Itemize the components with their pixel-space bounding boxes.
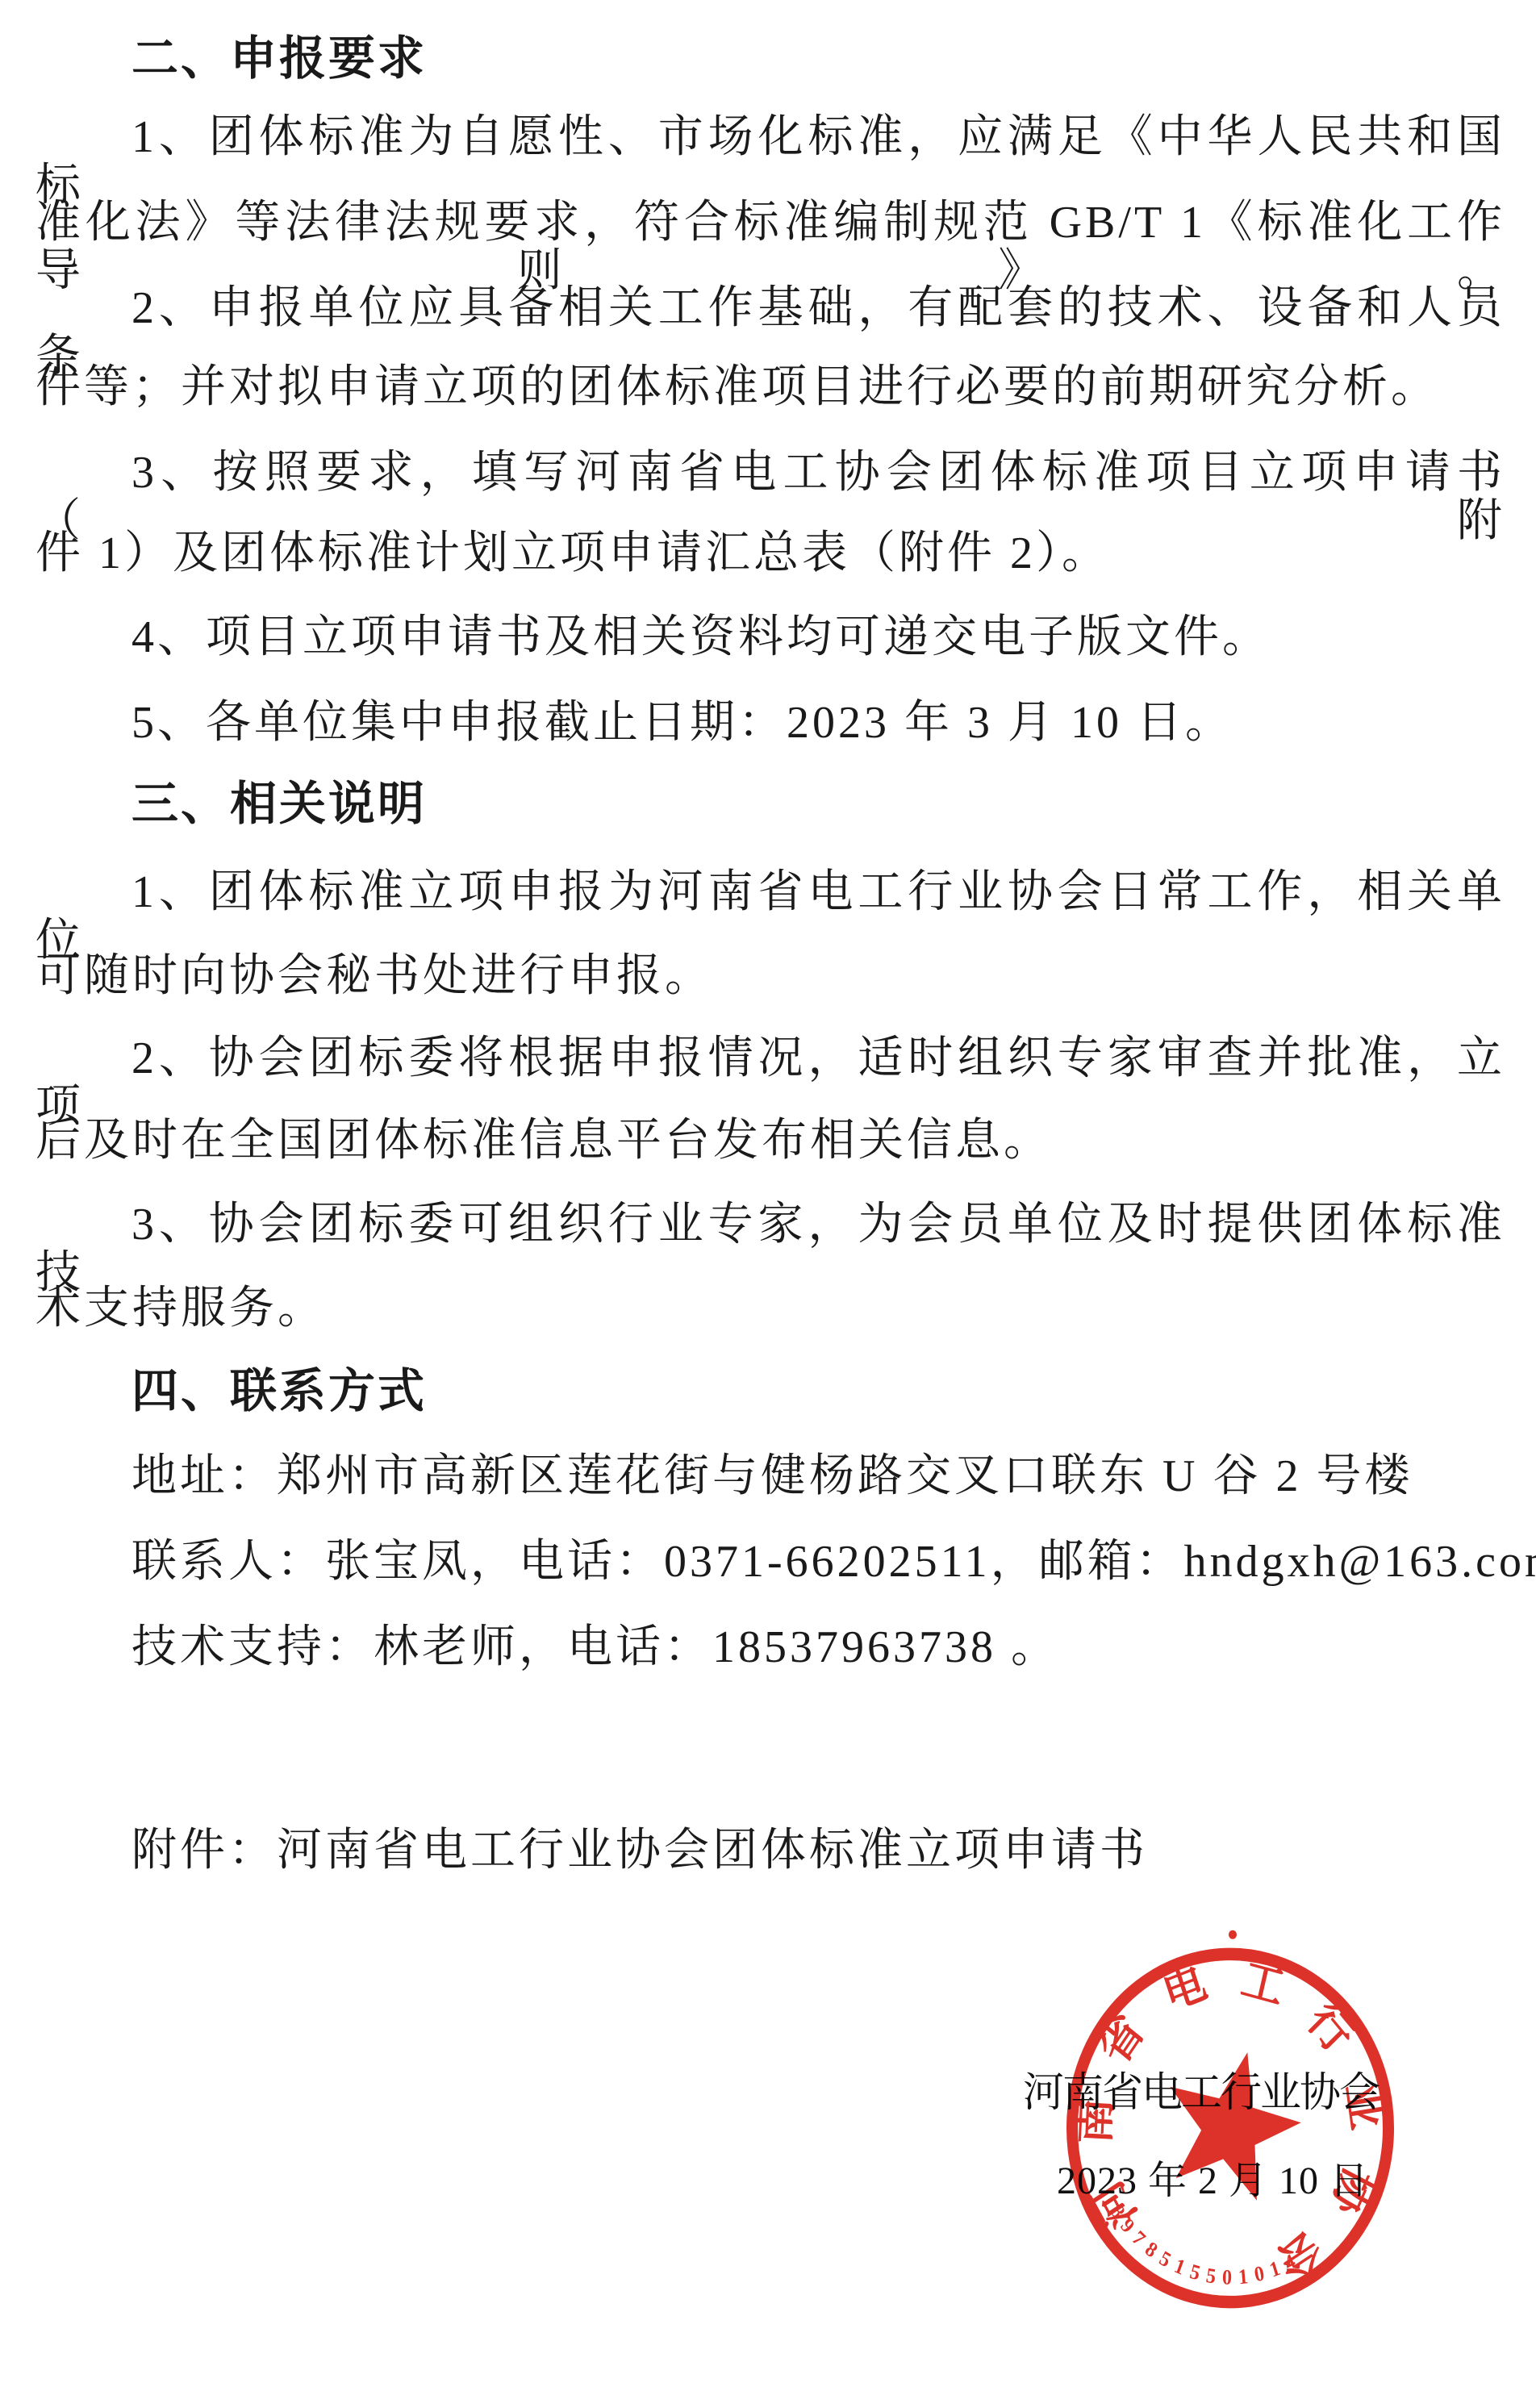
official-seal: 河南省电工行业协会 4101055158798 bbox=[1037, 1918, 1424, 2338]
attachment-line: 附件：河南省电工行业协会团体标准立项申请书 bbox=[35, 1826, 1505, 1875]
svg-text:0: 0 bbox=[1222, 2266, 1233, 2289]
svg-text:工: 工 bbox=[1237, 1953, 1289, 2014]
item-2-4: 4、项目立项申请书及相关资料均可递交电子版文件。 bbox=[35, 613, 1505, 661]
svg-text:5: 5 bbox=[1187, 2260, 1202, 2285]
star-icon bbox=[1151, 2034, 1313, 2207]
seal-ink-dot bbox=[1229, 1930, 1237, 1939]
item-3-3-line-2: 术支持服务。 bbox=[35, 1284, 1505, 1333]
item-3-2-line-2: 后及时在全国团体标准信息平台发布相关信息。 bbox=[35, 1116, 1505, 1165]
item-3-1-line-2: 可随时向协会秘书处进行申报。 bbox=[35, 952, 1505, 1000]
scanned-document-page: 二、申报要求 1、团体标准为自愿性、市场化标准，应满足《中华人民共和国标 准化法… bbox=[0, 0, 1536, 2408]
svg-text:1: 1 bbox=[1171, 2255, 1188, 2280]
svg-text:7: 7 bbox=[1128, 2226, 1149, 2251]
section-3-heading: 三、相关说明 bbox=[35, 779, 1505, 830]
svg-text:行: 行 bbox=[1299, 1993, 1362, 2062]
svg-text:5: 5 bbox=[1204, 2264, 1217, 2289]
item-2-1-line-2: 准化法》等法律法规要求，符合标准编制规范 GB/T 1《标准化工作导则》。 bbox=[35, 198, 1505, 296]
contact-address-line: 地址：郑州市高新区莲花街与健杨路交叉口联东 U 谷 2 号楼 bbox=[35, 1452, 1505, 1500]
svg-text:5: 5 bbox=[1156, 2247, 1175, 2272]
contact-person-line: 联系人：张宝凤，电话：0371-66202511，邮箱：hndgxh@163.c… bbox=[35, 1538, 1505, 1586]
item-2-3-line-2: 件 1）及团体标准计划立项申请汇总表（附件 2）。 bbox=[35, 529, 1505, 578]
svg-text:南: 南 bbox=[1071, 2097, 1119, 2145]
item-2-5: 5、各单位集中申报截止日期：2023 年 3 月 10 日。 bbox=[35, 699, 1505, 747]
section-4-heading: 四、联系方式 bbox=[35, 1367, 1505, 1417]
item-2-1-line-1: 1、团体标准为自愿性、市场化标准，应满足《中华人民共和国标 bbox=[35, 113, 1505, 211]
svg-text:业: 业 bbox=[1338, 2080, 1390, 2133]
svg-text:1: 1 bbox=[1238, 2265, 1249, 2289]
svg-text:省: 省 bbox=[1090, 2005, 1153, 2073]
item-2-2-line-2: 件等；并对拟申请立项的团体标准项目进行必要的前期研究分析。 bbox=[35, 363, 1505, 411]
svg-text:0: 0 bbox=[1252, 2262, 1266, 2286]
svg-text:河: 河 bbox=[1083, 2172, 1146, 2238]
svg-text:8: 8 bbox=[1142, 2238, 1162, 2263]
section-2-heading: 二、申报要求 bbox=[35, 34, 1505, 85]
tech-support-line: 技术支持：林老师，电话：18537963738 。 bbox=[35, 1623, 1505, 1671]
